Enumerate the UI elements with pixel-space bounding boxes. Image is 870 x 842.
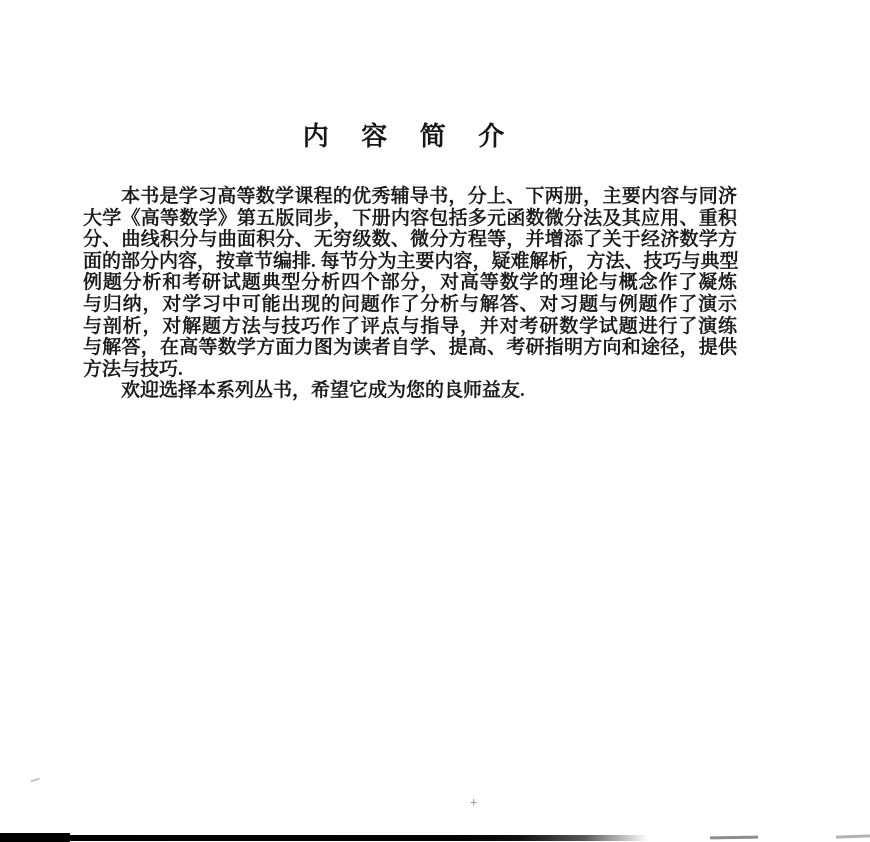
page-title: 内 容 简 介: [83, 116, 737, 153]
intro-line: 本书是学习高等数学课程的优秀辅导书，分上、下两册，主要内容与同济: [83, 186, 737, 208]
intro-line: 与剖析，对解题方法与技巧作了评点与指导，并对考研数学试题进行了演练: [83, 316, 737, 338]
intro-line: 分、曲线积分与曲面积分、无穷级数、微分方程等，并增添了关于经济数学方: [83, 229, 737, 251]
intro-line: 大学《高等数学》第五版同步，下册内容包括多元函数微分法及其应用、重积: [83, 208, 737, 230]
scan-speck-tick: [29, 773, 40, 782]
intro-line: 面的部分内容，按章节编排. 每节分为主要内容，疑难解析，方法、技巧与典型: [83, 251, 737, 273]
scan-speck-plus: +: [470, 795, 477, 809]
scan-artifact-dash: [836, 834, 870, 838]
intro-line: 与归纳，对学习中可能出现的问题作了分析与解答、对习题与例题作了演示: [83, 294, 737, 316]
scan-artifact-bottom-bar: [0, 835, 648, 841]
intro-line: 例题分析和考研试题典型分析四个部分，对高等数学的理论与概念作了凝炼: [83, 272, 737, 294]
intro-closing-line: 欢迎选择本系列丛书，希望它成为您的良师益友.: [83, 380, 737, 402]
intro-paragraph: 本书是学习高等数学课程的优秀辅导书，分上、下两册，主要内容与同济 大学《高等数学…: [83, 186, 737, 402]
intro-line: 方法与技巧.: [83, 359, 737, 381]
scan-artifact-dash: [710, 836, 758, 840]
intro-line: 与解答，在高等数学方面力图为读者自学、提高、考研指明方向和途径，提供: [83, 337, 737, 359]
scanned-book-page: 内 容 简 介 本书是学习高等数学课程的优秀辅导书，分上、下两册，主要内容与同济…: [0, 0, 870, 842]
